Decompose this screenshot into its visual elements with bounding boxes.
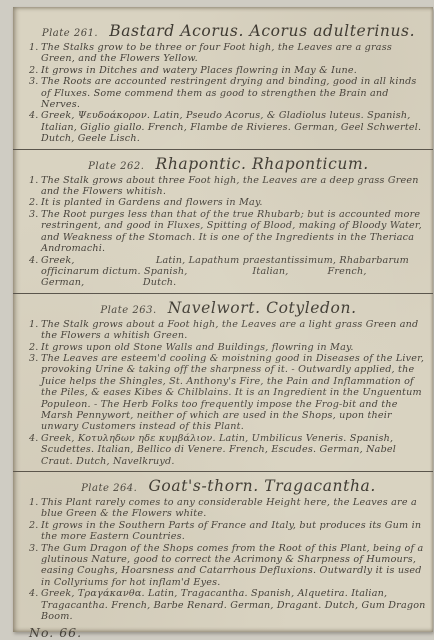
- item-text: It grows in Ditches and watery Places fl…: [41, 65, 428, 76]
- page-number: No. 66.: [29, 625, 428, 640]
- item-text: It grows in the Southern Parts of France…: [41, 520, 428, 543]
- item-number: 4.: [29, 588, 41, 599]
- description-item: 2. It grows upon old Stone Walls and Bui…: [29, 342, 428, 353]
- description-item: 2. It is planted in Gardens and flowers …: [29, 197, 428, 208]
- section-header: Plate 262. Rhapontic. Rhaponticum.: [29, 154, 428, 173]
- section-title: Rhapontic. Rhaponticum.: [156, 155, 369, 173]
- description-list: 1. This Plant rarely comes to any consid…: [29, 497, 428, 622]
- item-number: 2.: [29, 520, 41, 531]
- description-item: 1. This Plant rarely comes to any consid…: [29, 497, 428, 520]
- item-text: Greek, Κοτυληδων ηδε κυμβάλιον. Latin, U…: [41, 433, 428, 467]
- plate-section-261: Plate 261. Bastard Acorus. Acorus adulte…: [29, 21, 428, 145]
- item-text: The Stalk grows about a Foot high, the L…: [41, 319, 428, 342]
- description-list: 1. The Stalks grow to be three or four F…: [29, 42, 428, 145]
- description-item: 3. The Roots are accounted restringent d…: [29, 76, 428, 110]
- plate-section-262: Plate 262. Rhapontic. Rhaponticum. 1. Th…: [29, 154, 428, 289]
- section-title: Goat's-thorn. Tragacantha.: [148, 477, 375, 495]
- description-item: 2. It grows in the Southern Parts of Fra…: [29, 520, 428, 543]
- item-text: The Leaves are esteem'd cooling & moistn…: [41, 353, 428, 433]
- plate-section-263: Plate 263. Navelwort. Cotyledon. 1. The …: [29, 298, 428, 467]
- item-number: 2.: [29, 197, 41, 208]
- item-text: The Stalk grows about three Foot high, t…: [41, 175, 428, 198]
- item-text: It is planted in Gardens and flowers in …: [41, 197, 428, 208]
- item-number: 3.: [29, 543, 41, 554]
- item-number: 3.: [29, 353, 41, 364]
- description-item: 4. Greek, Τραγάκανθα. Latin, Tragacantha…: [29, 588, 428, 622]
- item-number: 1.: [29, 175, 41, 186]
- page-content: Plate 261. Bastard Acorus. Acorus adulte…: [13, 7, 433, 632]
- section-title: Bastard Acorus. Acorus adulterinus.: [109, 22, 415, 40]
- description-item: 3. The Gum Dragon of the Shops comes fro…: [29, 543, 428, 589]
- section-divider: [13, 149, 433, 150]
- description-list: 1. The Stalk grows about three Foot high…: [29, 175, 428, 289]
- item-text: The Gum Dragon of the Shops comes from t…: [41, 543, 428, 589]
- item-text: This Plant rarely comes to any considera…: [41, 497, 428, 520]
- item-text: The Root purges less than that of the tr…: [41, 209, 428, 255]
- item-number: 1.: [29, 42, 41, 53]
- item-text: Greek, Latin, Lapathum praestantissimum,…: [41, 255, 428, 289]
- description-item: 1. The Stalk grows about three Foot high…: [29, 175, 428, 198]
- description-list: 1. The Stalk grows about a Foot high, th…: [29, 319, 428, 467]
- item-number: 3.: [29, 76, 41, 87]
- plate-label: Plate 262.: [88, 161, 144, 172]
- description-item: 4. Greek, Ψευδοάκορον. Latin, Pseudo Aco…: [29, 110, 428, 144]
- section-divider: [13, 471, 433, 472]
- plate-section-264: Plate 264. Goat's-thorn. Tragacantha. 1.…: [29, 476, 428, 622]
- item-number: 2.: [29, 65, 41, 76]
- item-text: It grows upon old Stone Walls and Buildi…: [41, 342, 428, 353]
- section-header: Plate 264. Goat's-thorn. Tragacantha.: [29, 476, 428, 495]
- item-text: The Roots are accounted restringent dryi…: [41, 76, 428, 110]
- description-item: 3. The Root purges less than that of the…: [29, 209, 428, 255]
- item-text: Greek, Ψευδοάκορον. Latin, Pseudo Acorus…: [41, 110, 428, 144]
- item-number: 3.: [29, 209, 41, 220]
- plate-label: Plate 264.: [81, 483, 137, 494]
- description-item: 4. Greek, Κοτυληδων ηδε κυμβάλιον. Latin…: [29, 433, 428, 467]
- section-header: Plate 261. Bastard Acorus. Acorus adulte…: [29, 21, 428, 40]
- item-number: 4.: [29, 433, 41, 444]
- item-text: Greek, Τραγάκανθα. Latin, Tragacantha. S…: [41, 588, 428, 622]
- description-item: 1. The Stalk grows about a Foot high, th…: [29, 319, 428, 342]
- item-number: 4.: [29, 255, 41, 266]
- item-number: 4.: [29, 110, 41, 121]
- description-item: 3. The Leaves are esteem'd cooling & moi…: [29, 353, 428, 433]
- item-text: The Stalks grow to be three or four Foot…: [41, 42, 428, 65]
- plate-label: Plate 263.: [100, 305, 156, 316]
- section-header: Plate 263. Navelwort. Cotyledon.: [29, 298, 428, 317]
- description-item: 1. The Stalks grow to be three or four F…: [29, 42, 428, 65]
- item-number: 1.: [29, 497, 41, 508]
- plate-label: Plate 261.: [42, 28, 98, 39]
- section-title: Navelwort. Cotyledon.: [168, 299, 357, 317]
- description-item: 2. It grows in Ditches and watery Places…: [29, 65, 428, 76]
- description-item: 4. Greek, Latin, Lapathum praestantissim…: [29, 255, 428, 289]
- herbal-page: Plate 261. Bastard Acorus. Acorus adulte…: [13, 7, 433, 632]
- item-number: 1.: [29, 319, 41, 330]
- item-number: 2.: [29, 342, 41, 353]
- section-divider: [13, 293, 433, 294]
